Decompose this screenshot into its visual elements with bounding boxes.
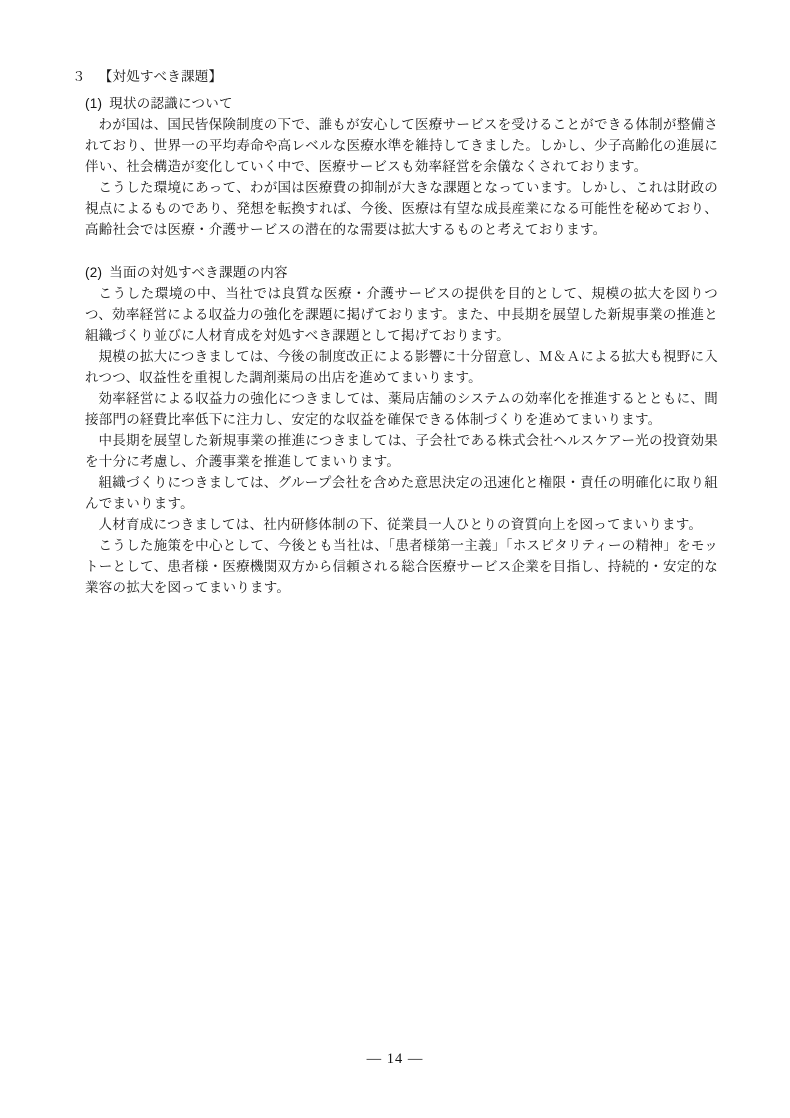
section-title: 【対処すべき課題】 xyxy=(99,69,222,84)
subsection-label-2: (2) xyxy=(85,262,102,283)
subsection-label-1: (1) xyxy=(85,93,102,114)
subsection-body-2: こうした環境の中、当社では良質な医療・介護サービスの提供を目的として、規模の拡大… xyxy=(85,283,718,598)
subsection-title-2: 当面の対処すべき課題の内容 xyxy=(109,265,287,280)
paragraph: 人材育成につきましては、社内研修体制の下、従業員一人ひとりの資質向上を図ってまい… xyxy=(85,514,718,535)
subsection-heading-2: (2)当面の対処すべき課題の内容 xyxy=(85,262,718,283)
paragraph: 効率経営による収益力の強化につきましては、薬局店舗のシステムの効率化を推進すると… xyxy=(85,388,718,430)
paragraph: こうした環境にあって、わが国は医療費の抑制が大きな課題となっています。しかし、こ… xyxy=(85,177,718,240)
paragraph: こうした施策を中心として、今後とも当社は、「患者様第一主義」「ホスピタリティーの… xyxy=(85,535,718,598)
subsection-issues-content: (2)当面の対処すべき課題の内容 こうした環境の中、当社では良質な医療・介護サー… xyxy=(85,262,718,598)
page-footer: ― 14 ― xyxy=(0,1049,790,1070)
paragraph: わが国は、国民皆保険制度の下で、誰もが安心して医療サービスを受けることができる体… xyxy=(85,114,718,177)
paragraph: 中長期を展望した新規事業の推進につきましては、子会社である株式会社ヘルスケアー光… xyxy=(85,430,718,472)
subsection-current-recognition: (1)現状の認識について わが国は、国民皆保険制度の下で、誰もが安心して医療サー… xyxy=(85,93,718,240)
paragraph: 組織づくりにつきましては、グループ会社を含めた意思決定の迅速化と権限・責任の明確… xyxy=(85,472,718,514)
subsection-body-1: わが国は、国民皆保険制度の下で、誰もが安心して医療サービスを受けることができる体… xyxy=(85,114,718,240)
paragraph: 規模の拡大につきましては、今後の制度改正による影響に十分留意し、Ｍ＆Ａによる拡大… xyxy=(85,346,718,388)
paragraph: こうした環境の中、当社では良質な医療・介護サービスの提供を目的として、規模の拡大… xyxy=(85,283,718,346)
page-number: ― 14 ― xyxy=(367,1051,424,1067)
section-number: ３ xyxy=(72,66,86,87)
subsection-title-1: 現状の認識について xyxy=(109,96,232,111)
subsection-heading-1: (1)現状の認識について xyxy=(85,93,718,114)
document-page: ３【対処すべき課題】 (1)現状の認識について わが国は、国民皆保険制度の下で、… xyxy=(0,0,790,1118)
section-heading: ３【対処すべき課題】 xyxy=(72,66,718,87)
